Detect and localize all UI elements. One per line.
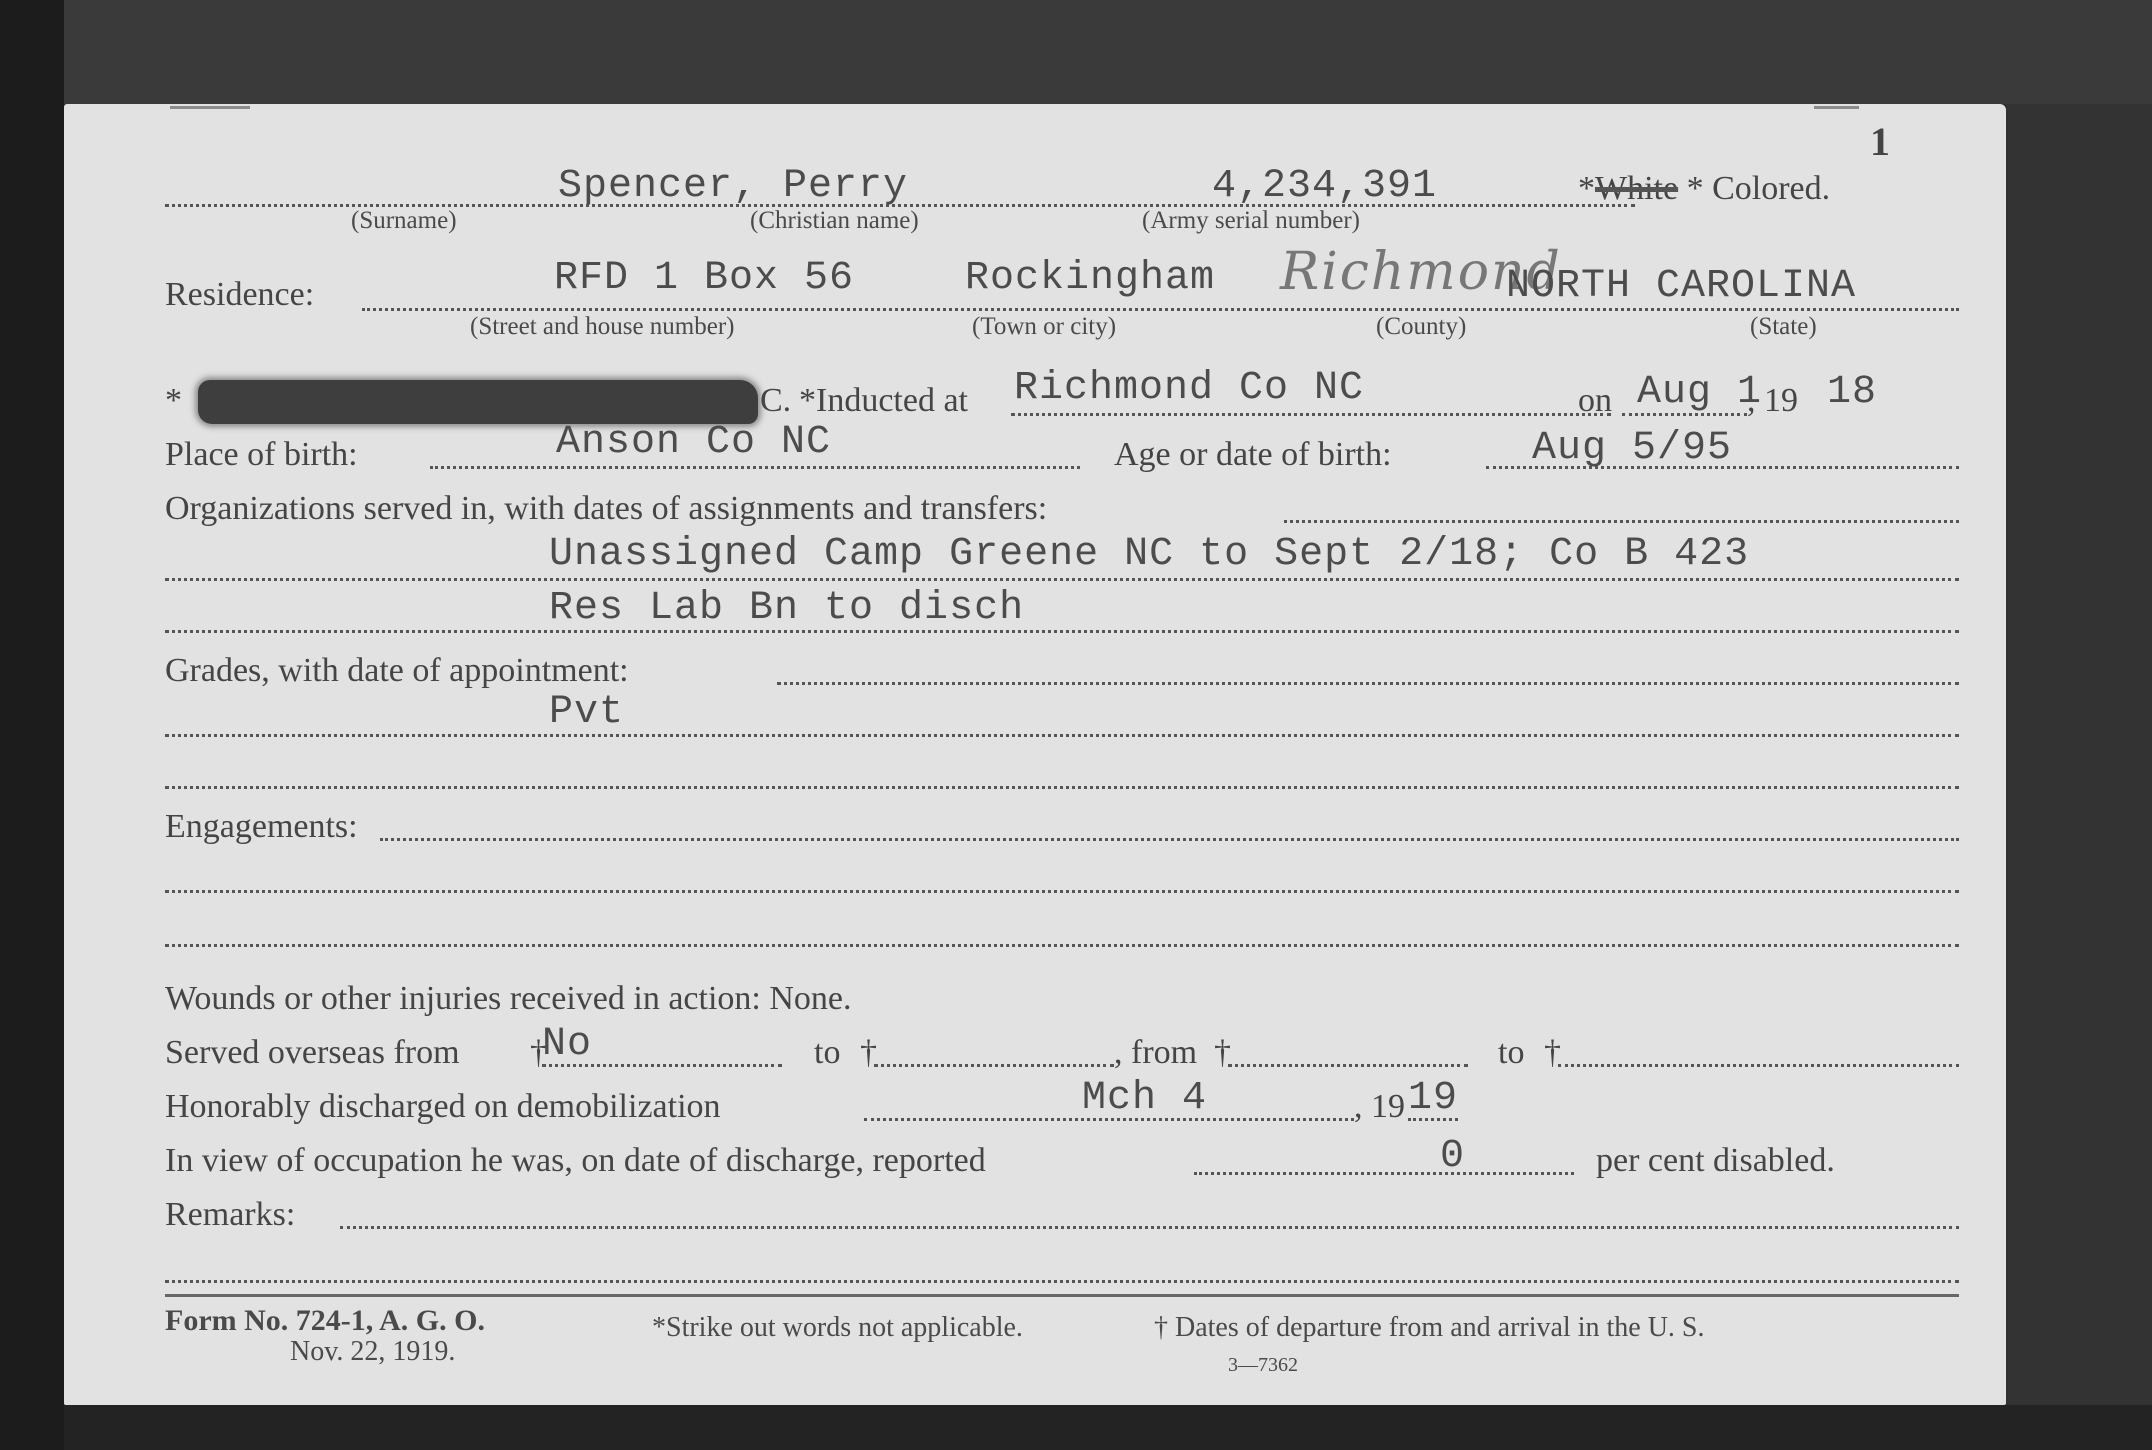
redacted-enlistment-options	[198, 380, 758, 424]
grades-value: Pvt	[549, 690, 624, 735]
organizations-line-0	[1284, 520, 1959, 523]
place-of-birth-label: Place of birth:	[165, 436, 358, 474]
place-of-birth-value: Anson Co NC	[556, 420, 831, 465]
induction-date: Aug 1	[1637, 370, 1762, 415]
residence-state: NORTH CAROLINA	[1506, 264, 1856, 309]
residence-street: RFD 1 Box 56	[554, 256, 854, 301]
discharge-label: Honorably discharged on demobilization	[165, 1088, 721, 1126]
place-of-birth-line	[430, 466, 1080, 469]
inducted-at-value: Richmond Co NC	[1014, 366, 1364, 411]
disability-suffix: per cent disabled.	[1596, 1142, 1835, 1180]
grades-line-1	[165, 734, 1959, 737]
race-options: *White * Colored.	[1578, 170, 1830, 208]
county-caption: (County)	[1376, 313, 1466, 341]
organizations-label: Organizations served in, with dates of a…	[165, 490, 1047, 528]
page-number: 1	[1870, 118, 1890, 165]
enlistment-asterisk: *	[165, 382, 182, 420]
remarks-line-0	[340, 1226, 1959, 1229]
date-of-birth-value: Aug 5/95	[1532, 426, 1732, 471]
card-top-mark-right	[1814, 106, 1859, 109]
overseas-to-2-line	[1558, 1064, 1959, 1067]
erc-tail: C.	[760, 382, 791, 420]
street-caption: (Street and house number)	[470, 313, 735, 341]
discharge-year-prefix: , 19	[1354, 1088, 1405, 1126]
scan-background-left	[0, 0, 64, 1450]
scan-background-top	[64, 0, 2152, 104]
print-code: 3—7362	[1228, 1354, 1298, 1377]
wounds-value: None.	[769, 980, 851, 1017]
serial-number-caption: (Army serial number)	[1142, 207, 1360, 235]
engagements-label: Engagements:	[165, 808, 358, 846]
serial-number-value: 4,234,391	[1212, 164, 1437, 209]
disability-line	[1194, 1172, 1574, 1175]
residence-label: Residence:	[165, 276, 314, 314]
scan-background-right	[2006, 104, 2152, 1405]
engagements-line-1	[165, 890, 1959, 893]
surname-caption: (Surname)	[351, 207, 457, 235]
footnote-strike-out: *Strike out words not applicable.	[652, 1312, 1023, 1344]
town-caption: (Town or city)	[972, 313, 1116, 341]
date-of-birth-label: Age or date of birth:	[1114, 436, 1392, 474]
form-number: Form No. 724-1, A. G. O.	[165, 1304, 485, 1338]
disability-value: 0	[1440, 1134, 1465, 1179]
overseas-to-label-1: to	[814, 1034, 840, 1072]
residence-town: Rockingham	[965, 256, 1215, 301]
remarks-label: Remarks:	[165, 1196, 295, 1234]
discharge-year: 19	[1408, 1076, 1458, 1121]
discharge-year-line	[1408, 1118, 1458, 1121]
overseas-to-label-2: to	[1498, 1034, 1524, 1072]
engagements-line-0	[380, 838, 1959, 841]
footnote-dagger-dates: † Dates of departure from and arrival in…	[1154, 1312, 1704, 1344]
induction-year: 18	[1827, 370, 1877, 415]
name-value: Spencer, Perry	[558, 164, 908, 209]
race-white-struck: White	[1595, 170, 1678, 207]
overseas-to-1-line	[874, 1064, 1114, 1067]
scan-background-bottom	[64, 1405, 2152, 1450]
footer-rule	[165, 1294, 1959, 1297]
card-top-mark-left	[170, 106, 250, 109]
wounds-label: Wounds or other injuries received in act…	[165, 980, 852, 1018]
grades-label: Grades, with date of appointment:	[165, 652, 629, 690]
discharge-date: Mch 4	[1082, 1076, 1207, 1121]
overseas-from-1: No	[542, 1022, 592, 1067]
overseas-from-label-2: , from	[1114, 1034, 1197, 1072]
disability-label: In view of occupation he was, on date of…	[165, 1142, 986, 1180]
overseas-from-2-line	[1228, 1064, 1468, 1067]
state-caption: (State)	[1750, 313, 1817, 341]
induction-year-prefix: , 19	[1747, 382, 1798, 420]
organizations-entry-1: Unassigned Camp Greene NC to Sept 2/18; …	[549, 532, 1749, 577]
organizations-line-2	[165, 630, 1959, 633]
organizations-entry-2: Res Lab Bn to disch	[549, 586, 1024, 631]
remarks-line-1	[165, 1280, 1959, 1283]
race-colored: Colored.	[1712, 170, 1830, 207]
christian-name-caption: (Christian name)	[750, 207, 919, 235]
inducted-at-line	[1011, 413, 1611, 416]
organizations-line-1	[165, 578, 1959, 581]
induction-on-label: on	[1578, 382, 1612, 420]
grades-line-2	[165, 786, 1959, 789]
service-record-card: 1 Spencer, Perry (Surname) (Christian na…	[64, 104, 2006, 1405]
engagements-line-2	[165, 944, 1959, 947]
form-date: Nov. 22, 1919.	[290, 1336, 455, 1368]
overseas-from-1-line	[542, 1064, 782, 1067]
served-overseas-label: Served overseas from	[165, 1034, 460, 1072]
inducted-at-label: *Inducted at	[799, 382, 968, 420]
grades-line-0	[777, 682, 1959, 685]
